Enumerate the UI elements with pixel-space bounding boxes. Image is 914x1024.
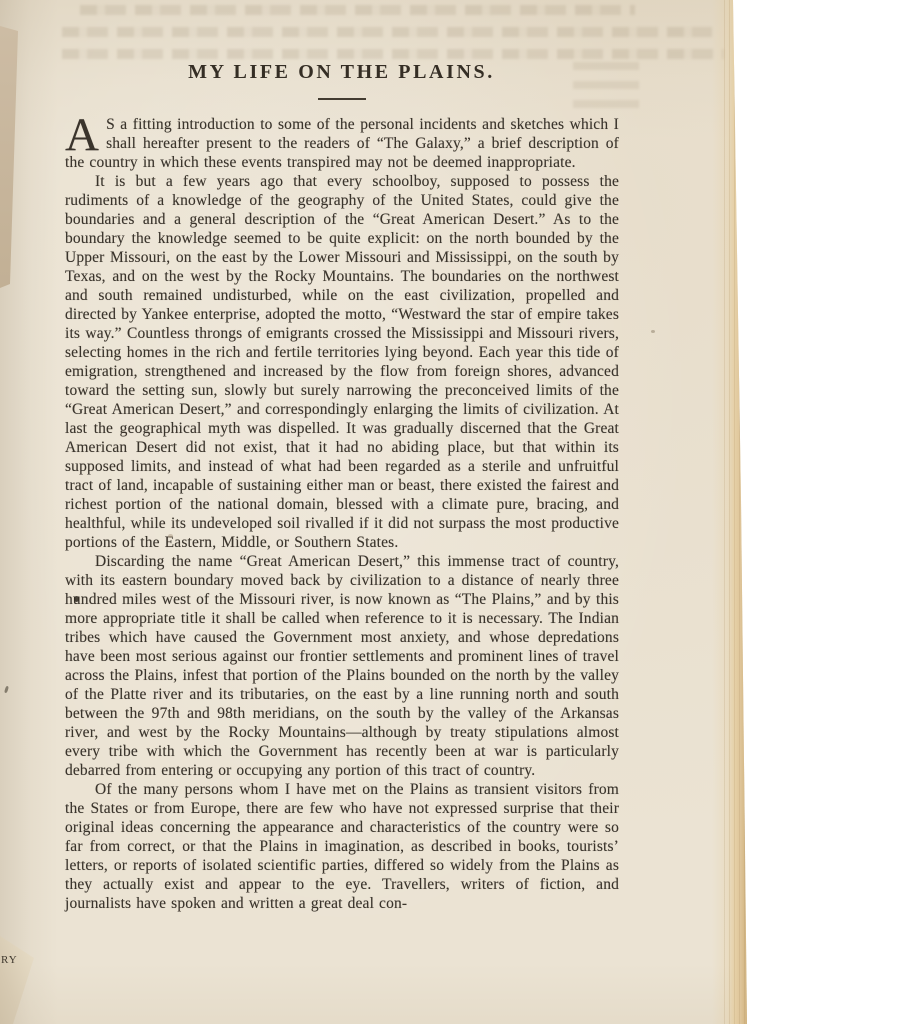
book-page: MY LIFE ON THE PLAINS. AS a fitting intr… — [0, 0, 747, 1024]
body-text: AS a fitting introduction to some of the… — [65, 115, 619, 913]
bleedthrough-text-row — [80, 5, 635, 15]
scanned-book-photo: MY LIFE ON THE PLAINS. AS a fitting intr… — [0, 0, 914, 1024]
drop-cap: A — [65, 115, 106, 153]
title-divider — [318, 98, 366, 100]
paragraph-4: Of the many persons whom I have met on t… — [65, 780, 619, 913]
stacked-page-edges — [724, 0, 747, 1024]
page-fore-edge — [712, 0, 747, 1024]
paragraph-3: Discarding the name “Great American Dese… — [65, 552, 619, 780]
page-title: MY LIFE ON THE PLAINS. — [63, 61, 620, 84]
underlying-page-edge — [0, 26, 20, 288]
ink-speck — [4, 686, 9, 694]
margin-text-fragment: RY — [1, 954, 18, 966]
ink-speck — [651, 330, 655, 333]
paragraph-1-text: S a fitting introduction to some of the … — [65, 116, 619, 171]
paragraph-2: It is but a few years ago that every sch… — [65, 172, 619, 552]
bleedthrough-text-row — [62, 27, 712, 37]
paragraph-1: AS a fitting introduction to some of the… — [65, 115, 619, 172]
underlying-page-corner: RY — [0, 936, 40, 1024]
bleedthrough-text-row — [62, 49, 724, 59]
